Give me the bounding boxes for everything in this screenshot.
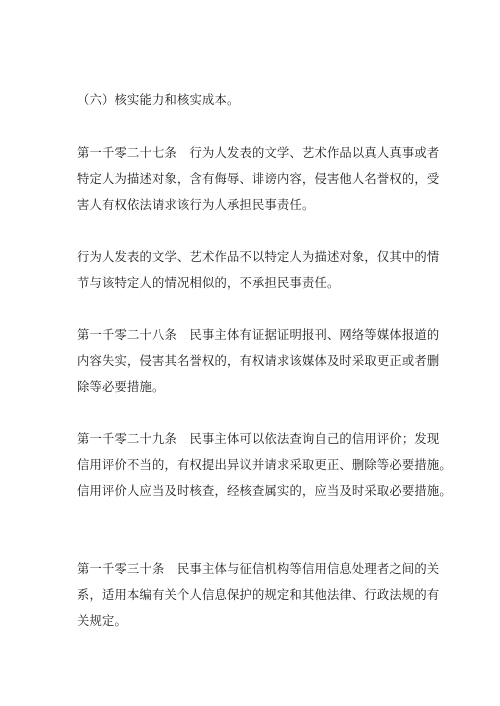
text-line: 第一千零二十八条 民事主体有证据证明报刊、网络等媒体报道的 <box>77 328 439 342</box>
text-line: 害人有权依法请求该行为人承担民事责任。 <box>77 198 314 212</box>
text-line: 信用评价人应当及时核查，经核查属实的，应当及时采取必要措施。 <box>77 484 452 498</box>
text-line: 第一千零二十七条 行为人发表的文学、艺术作品以真人真事或者 <box>77 146 439 160</box>
text-line: 特定人为描述对象，含有侮辱、诽谤内容，侵害他人名誉权的，受 <box>77 172 439 186</box>
text-line: 除等必要措施。 <box>77 380 164 394</box>
text-line: 信用评价不当的，有权提出异议并请求采取更正、删除等必要措施。 <box>77 458 452 472</box>
text-line: （六）核实能力和核实成本。 <box>77 93 239 107</box>
text-line: 系，适用本编有关个人信息保护的规定和其他法律、行政法规的有 <box>77 588 439 602</box>
text-line: 行为人发表的文学、艺术作品不以特定人为描述对象，仅其中的情 <box>77 250 439 264</box>
text-line: 节与该特定人的情况相似的，不承担民事责任。 <box>77 276 339 290</box>
text-line: 内容失实，侵害其名誉权的，有权请求该媒体及时采取更正或者删 <box>77 354 439 368</box>
text-line: 第一千零二十九条 民事主体可以依法查询自己的信用评价；发现 <box>77 432 439 446</box>
text-line: 关规定。 <box>77 614 127 628</box>
text-line: 第一千零三十条 民事主体与征信机构等信用信息处理者之间的关 <box>77 562 439 576</box>
